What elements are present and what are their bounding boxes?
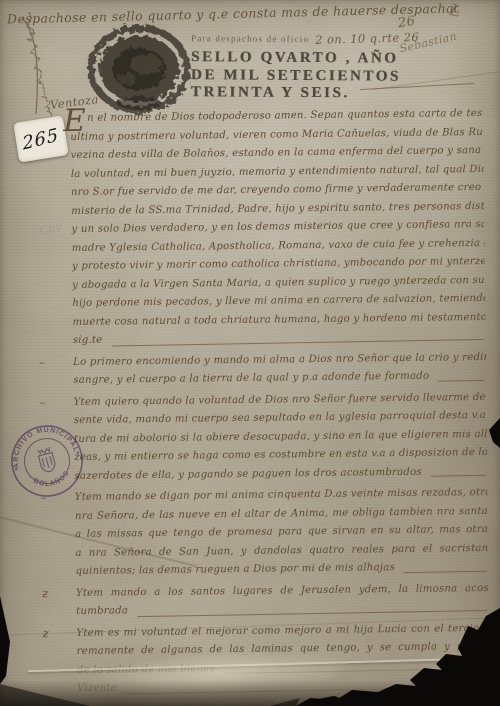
stamp-line-2: DE MIL SETECIENTOS <box>191 67 426 86</box>
body-text: En el nombre de Dios todopoderoso amen. … <box>70 105 490 702</box>
paragraph-mark: – <box>39 395 45 409</box>
manuscript-line: Vizente <box>77 675 490 699</box>
royal-seal-icon <box>84 22 194 118</box>
manuscript-line-text: tumbrada <box>76 602 128 621</box>
paragraph-mark: ƶ <box>42 626 49 640</box>
stamp-office-line: Para despachos de oficio <box>191 33 309 44</box>
manuscript-line-text: sazerdotes de ella, y pagando se paguen … <box>74 463 422 486</box>
ink-rule <box>404 570 487 572</box>
ink-rule <box>431 475 486 477</box>
ink-rule <box>111 338 483 345</box>
ink-rule <box>438 379 484 381</box>
inventory-number: 265 <box>22 124 60 154</box>
paragraph: ƶYtem mando a los santos lugares de Jeru… <box>76 579 489 621</box>
paragraph: n el nombre de Dios todopoderoso amen. S… <box>70 105 486 351</box>
stamp-line-3: TREINTA Y SEIS. <box>191 84 426 103</box>
ink-rule <box>224 668 488 674</box>
scanned-manuscript-page: Despachose en sello quarto y q.e consta … <box>0 0 500 706</box>
manuscript-line: sangre, y el cuerpo a la tierra de la qu… <box>73 367 486 391</box>
manuscript-line-text: sig.te <box>73 332 103 351</box>
paragraph: –Ytem mando se digan por mi anima cinque… <box>75 484 489 582</box>
paragraph: –Ytem quiero quando la voluntad de Dios … <box>73 388 487 486</box>
manuscript-line-text: quinientos; las demas rueguen a Dios por… <box>76 559 395 581</box>
manuscript-line: sazerdotes de ella, y pagando se paguen … <box>74 462 487 486</box>
manuscript-line-text: de lo salido de mis bienes <box>77 660 215 680</box>
inventory-label: 265 <box>13 115 69 162</box>
fiscal-stamp-text: Para despachos de oficio2 on. 10 q.rte 2… <box>191 26 427 103</box>
manuscript-line: quinientos; las demas rueguen a Dios por… <box>76 558 489 582</box>
paragraph: –Lo primero encomiendo y mando mi alma a… <box>73 348 486 390</box>
manuscript-line-text: sangre, y el cuerpo a la tierra de la qu… <box>73 368 429 391</box>
paragraph-mark: – <box>39 355 45 369</box>
ink-rule <box>137 610 487 617</box>
paragraph: ƶYtem es mi voluntad el mejorar como mej… <box>76 619 490 698</box>
stamp-handwritten-fee: 2 on. 10 q.rte 26 <box>315 30 419 47</box>
ink-rule <box>126 686 488 693</box>
stamp-line-1: SELLO QVARTO , AÑO <box>191 49 426 68</box>
archive-stamp-crest <box>37 447 57 474</box>
paragraph-mark: ƶ <box>42 586 49 600</box>
manuscript-line-text: Vizente <box>77 679 117 698</box>
